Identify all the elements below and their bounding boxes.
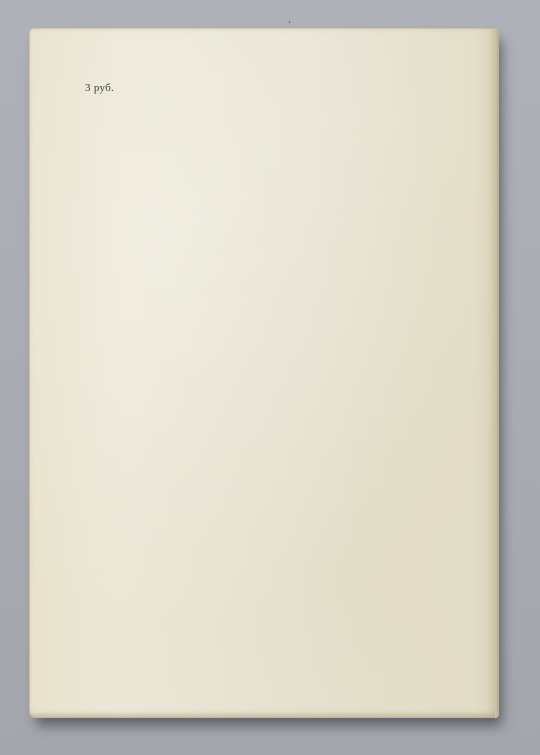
book-spine-edge [495,28,499,718]
surface-speck: ‘ [288,19,291,29]
book-back-cover: 3 руб. [29,28,499,718]
price-label: 3 руб. [85,82,114,94]
